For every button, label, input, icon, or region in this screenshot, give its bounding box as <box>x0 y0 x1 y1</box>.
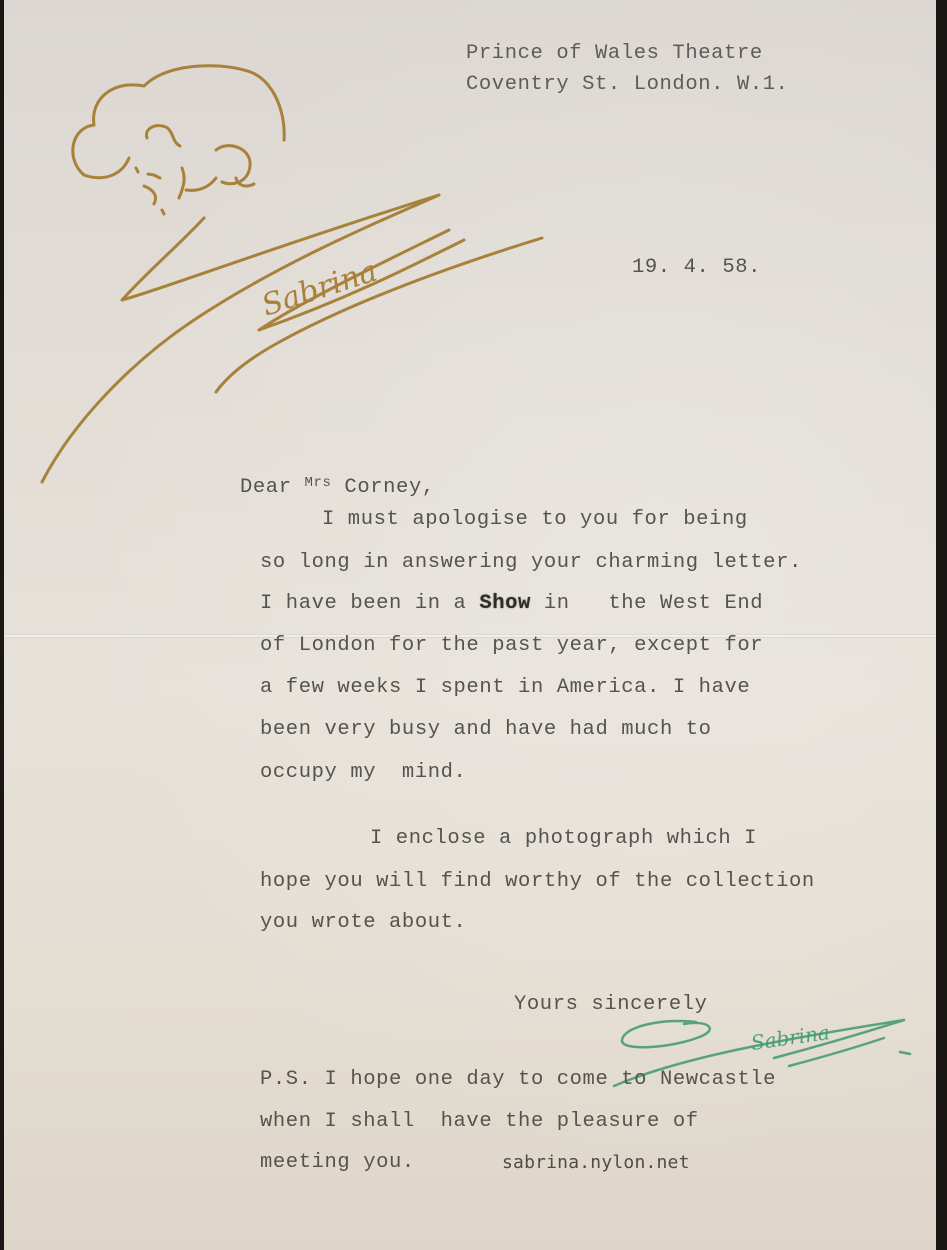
salutation-dear: Dear <box>240 476 305 499</box>
website-watermark: sabrina.nylon.net <box>502 1152 690 1173</box>
letterhead-address: Coventry St. London. W.1. <box>466 75 789 96</box>
logo-signature-text: Sabrina <box>258 254 382 324</box>
body-line: a few weeks I spent in America. I have <box>260 678 750 699</box>
body-text: I have been in a <box>260 592 479 615</box>
body-line: of London for the past year, except for <box>260 636 763 657</box>
postscript-line: P.S. I hope one day to come to Newcastle <box>260 1070 776 1091</box>
body-text: in the West End <box>531 592 763 615</box>
body-line: been very busy and have had much to <box>260 720 712 741</box>
letterhead-theatre-name: Prince of Wales Theatre <box>466 44 763 65</box>
salutation-name: Corney, <box>332 476 435 499</box>
postscript-line: meeting you. <box>260 1153 415 1174</box>
letter-paper: Sabrina Prince of Wales Theatre Coventry… <box>4 0 936 1250</box>
body-line: I enclose a photograph which I <box>370 829 757 850</box>
letter-date: 19. 4. 58. <box>632 258 761 279</box>
salutation-title: Mrs <box>305 475 332 491</box>
salutation: Dear Mrs Corney, <box>240 476 435 499</box>
smudged-word: Show <box>479 592 531 615</box>
body-line: so long in answering your charming lette… <box>260 553 802 574</box>
body-line: occupy my mind. <box>260 763 466 784</box>
postscript-line: when I shall have the pleasure of <box>260 1112 699 1133</box>
body-line: I must apologise to you for being <box>322 510 748 531</box>
body-line: you wrote about. <box>260 913 466 934</box>
signature-text: Sabrina <box>749 1020 831 1055</box>
body-line: hope you will find worthy of the collect… <box>260 872 815 893</box>
body-line: I have been in a Show in the West End <box>260 594 763 615</box>
